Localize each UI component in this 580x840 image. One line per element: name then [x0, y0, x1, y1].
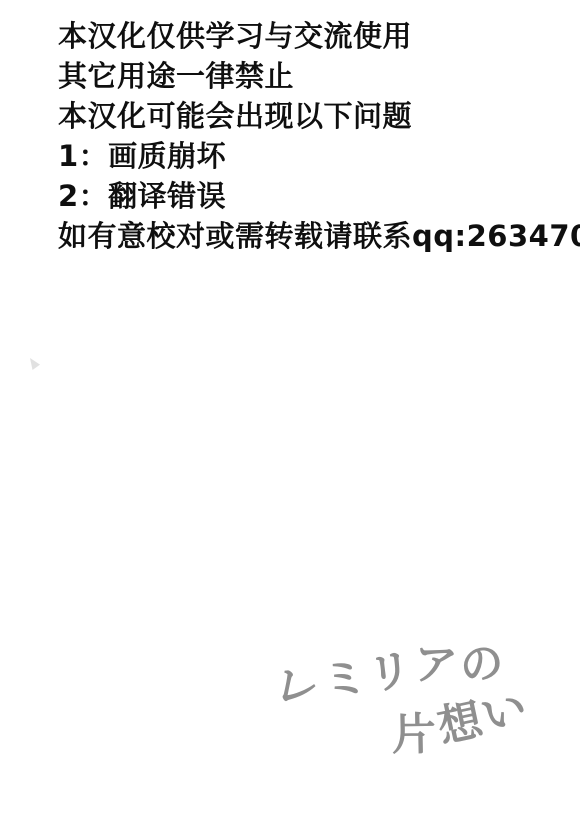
disclaimer-line-contact: 如有意校对或需转载请联系qq:2634701062 [58, 216, 580, 256]
disclaimer-line-issue-1: 1：画质崩坏 [58, 136, 580, 176]
disclaimer-line-issues-intro: 本汉化可能会出现以下问题 [58, 96, 580, 136]
disclaimer-block: 本汉化仅供学习与交流使用 其它用途一律禁止 本汉化可能会出现以下问题 1：画质崩… [58, 16, 580, 256]
disclaimer-line-usage: 本汉化仅供学习与交流使用 [58, 16, 580, 56]
scanlation-credits-page: 本汉化仅供学习与交流使用 其它用途一律禁止 本汉化可能会出现以下问题 1：画质崩… [0, 0, 580, 840]
disclaimer-line-issue-2: 2：翻译错误 [58, 176, 580, 216]
scan-artifact-speck [30, 358, 40, 370]
disclaimer-line-prohibition: 其它用途一律禁止 [58, 56, 580, 96]
